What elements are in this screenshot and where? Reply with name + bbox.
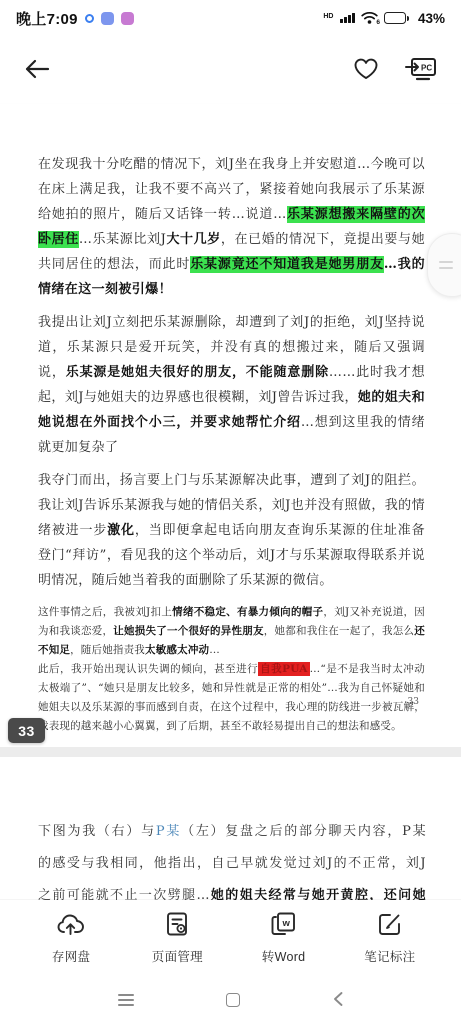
- paragraph-2: 我提出让刘J立刻把乐某源删除，却遭到了刘J的拒绝，刘J坚持说道，乐某源只是爱开玩…: [38, 310, 425, 460]
- bottom-toolbar: 存网盘 页面管理 w 转Word: [0, 900, 461, 976]
- app-notification-icon-2: [121, 12, 134, 25]
- hd-indicator: HD: [323, 13, 333, 20]
- wifi6-label: 6: [376, 19, 380, 26]
- current-page-badge: 33: [8, 718, 45, 743]
- app-bar: PC: [0, 36, 461, 104]
- handle-line: [439, 267, 453, 269]
- phone-screen: 晚上7:09 HD 6 43%: [0, 0, 461, 1024]
- page-manage-icon: [164, 911, 190, 940]
- back-button[interactable]: [22, 56, 52, 85]
- home-button[interactable]: [222, 989, 244, 1011]
- recents-button[interactable]: [114, 990, 138, 1010]
- cloud-upload-icon: [56, 912, 86, 940]
- svg-text:PC: PC: [421, 63, 432, 72]
- page-manage-button[interactable]: 页面管理: [137, 911, 217, 965]
- heart-icon: [353, 57, 379, 84]
- toolbar-label: 笔记标注: [364, 947, 415, 965]
- note-annotate-icon: [377, 911, 403, 940]
- battery-icon: [384, 12, 409, 24]
- save-to-cloud-button[interactable]: 存网盘: [31, 912, 111, 965]
- handle-line: [439, 261, 453, 263]
- clock: 晚上7:09: [16, 8, 78, 29]
- page-number-footer: 33: [408, 697, 419, 707]
- status-bar: 晚上7:09 HD 6 43%: [0, 0, 461, 36]
- paragraph-5: 此后，我开始出现认识失调的倾向，甚至进行自我PUA…“是不是我当时太冲动太极端了…: [38, 660, 425, 736]
- document-page-33[interactable]: 在发现我十分吃醋的情况下，刘J坐在我身上并安慰道…今晚可以在床上满足我，让我不要…: [0, 104, 461, 747]
- signal-bars-icon: [340, 13, 355, 23]
- wifi-icon: 6: [361, 11, 378, 25]
- toolbar-label: 存网盘: [52, 947, 90, 965]
- svg-text:w: w: [281, 918, 290, 929]
- toolbar-label: 页面管理: [152, 947, 203, 965]
- document-page-34[interactable]: 下图为我（右）与P某（左）复盘之后的部分聊天内容，P某的感受与我相同，他指出，自…: [0, 757, 461, 900]
- convert-to-word-button[interactable]: w 转Word: [244, 911, 324, 965]
- floating-sidebar-handle[interactable]: [427, 233, 461, 297]
- send-to-pc-button[interactable]: PC: [403, 53, 439, 88]
- home-square-icon: [226, 993, 240, 1007]
- send-to-pc-icon: PC: [405, 55, 437, 86]
- menu-icon: [118, 994, 134, 1006]
- notification-dot-icon: [85, 14, 94, 23]
- system-nav-bar: [0, 976, 461, 1024]
- page-separator: [0, 747, 461, 757]
- chevron-left-icon: [332, 991, 344, 1010]
- back-arrow-icon: [24, 58, 50, 83]
- note-annotate-button[interactable]: 笔记标注: [350, 911, 430, 965]
- paragraph-1: 在发现我十分吃醋的情况下，刘J坐在我身上并安慰道…今晚可以在床上满足我，让我不要…: [38, 152, 425, 302]
- paragraph-4: 这件事情之后，我被刘J扣上情绪不稳定、有暴力倾向的帽子，刘J又补充说道，因为和我…: [38, 603, 425, 660]
- paragraph-6: 下图为我（右）与P某（左）复盘之后的部分聊天内容，P某的感受与我相同，他指出，自…: [38, 816, 427, 900]
- toolbar-label: 转Word: [262, 947, 306, 965]
- favorite-button[interactable]: [351, 55, 381, 86]
- paragraph-3: 我夺门而出，扬言要上门与乐某源解决此事，遭到了刘J的阻拦。我让刘J告诉乐某源我与…: [38, 468, 425, 593]
- app-notification-icon: [101, 12, 114, 25]
- nav-back-button[interactable]: [328, 987, 348, 1014]
- battery-percent: 43%: [418, 11, 445, 26]
- word-convert-icon: w: [270, 911, 298, 940]
